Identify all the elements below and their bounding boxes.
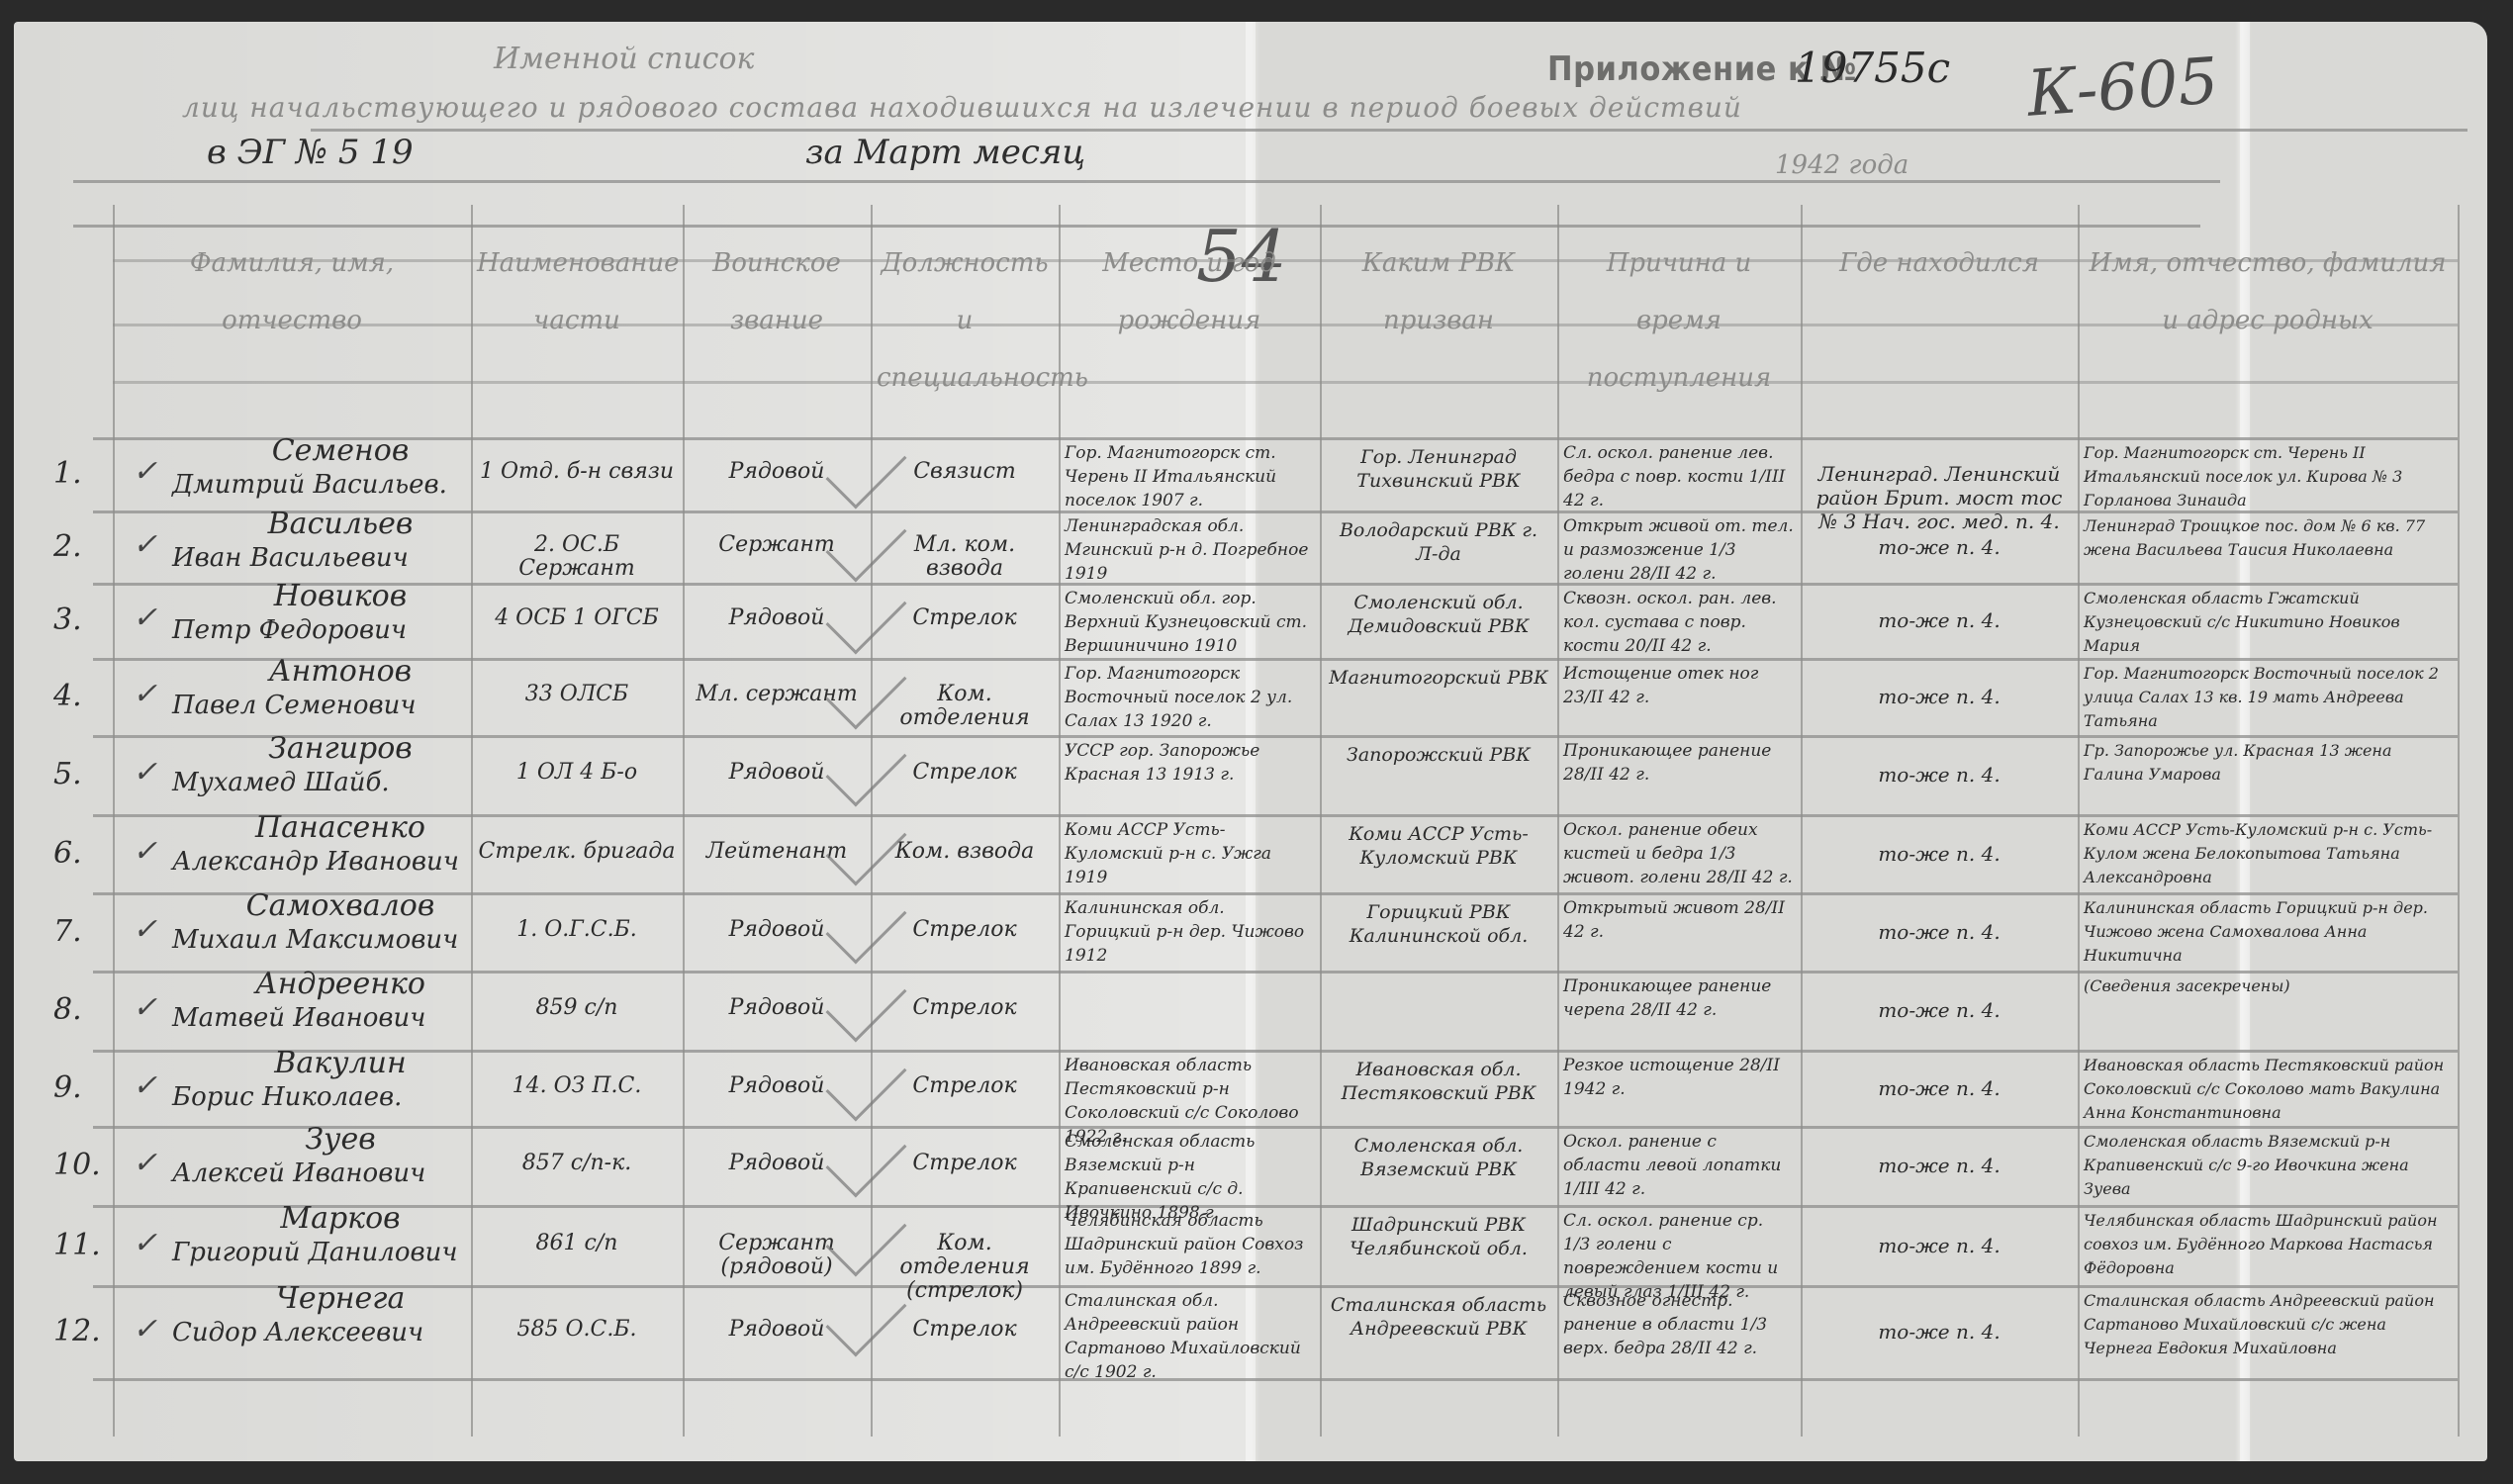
given-name: Борис Николаев. — [172, 1085, 469, 1109]
given-name: Мухамед Шайб. — [172, 771, 469, 794]
month-label: за Март месяц — [805, 133, 1085, 172]
location: то-же п. 4. — [1807, 763, 2072, 787]
position: Стрелок — [875, 996, 1055, 1020]
row-number: 3. — [53, 608, 103, 632]
unit-name: 1 ОЛ 4 Б-о — [475, 761, 679, 785]
table-row: 1.✓СеменовДмитрий Васильев.1 Отд. б-н св… — [14, 437, 2487, 510]
checkmark-icon: ✓ — [133, 840, 162, 864]
draft-office: Шадринский РВК Челябинской обл. — [1326, 1213, 1551, 1260]
table-row: 9.✓ВакулинБорис Николаев.14. ОЗ П.С.Рядо… — [14, 1050, 2487, 1126]
relatives-address: Смоленская область Вяземский р-н Крапиве… — [2084, 1130, 2452, 1201]
ruled-line — [311, 129, 2467, 132]
relatives-address: Ивановская область Пестяковский район Со… — [2084, 1054, 2452, 1125]
checkmark-icon: ✓ — [133, 1232, 162, 1255]
location: то-же п. 4. — [1807, 535, 2072, 559]
draft-office: Запорожский РВК — [1326, 743, 1551, 767]
surname: Самохвалов — [212, 894, 469, 918]
cause-and-date: Открытый живот 28/II 42 г. — [1563, 896, 1795, 944]
location: то-же п. 4. — [1807, 920, 2072, 944]
relatives-address: Сталинская область Андреевский район Сар… — [2084, 1289, 2452, 1360]
surname: Антонов — [212, 660, 469, 684]
checkmark-icon: ✓ — [133, 761, 162, 785]
location: то-же п. 4. — [1807, 1076, 2072, 1100]
given-name: Дмитрий Васильев. — [172, 473, 469, 497]
checkmark-icon: ✓ — [133, 683, 162, 706]
surname: Андреенко — [212, 973, 469, 996]
given-name: Михаил Максимович — [172, 928, 469, 952]
relatives-address: Гр. Запорожье ул. Красная 13 жена Галина… — [2084, 739, 2452, 787]
surname: Чернега — [212, 1287, 469, 1311]
surname: Марков — [212, 1207, 469, 1231]
birthplace: Сталинская обл. Андреевский район Сартан… — [1065, 1289, 1314, 1384]
birthplace: Гор. Магнитогорск Восточный поселок 2 ул… — [1065, 662, 1314, 733]
cause-and-date: Оскол. ранение обеих кистей и бедра 1/3 … — [1563, 818, 1795, 889]
document-subtitle: лиц начальствующего и рядового состава н… — [182, 91, 2062, 124]
table-row: 12.✓ЧернегаСидор Алексеевич585 О.С.Б.Ряд… — [14, 1285, 2487, 1378]
position: Ком. отделения — [875, 683, 1055, 730]
draft-office: Володарский РВК г. Л-да — [1326, 518, 1551, 566]
column-header-where: Где находился — [1807, 234, 2072, 292]
draft-office: Сталинская область Андреевский РВК — [1326, 1293, 1551, 1341]
table-row: 2.✓ВасильевИван Васильевич2. ОС.Б Сержан… — [14, 510, 2487, 583]
unit-name: Стрелк. бригада — [475, 840, 679, 864]
checkmark-icon: ✓ — [133, 1152, 162, 1175]
ruled-line — [73, 225, 2200, 228]
given-name: Алексей Иванович — [172, 1161, 469, 1185]
position: Стрелок — [875, 1074, 1055, 1098]
row-number: 10. — [53, 1154, 103, 1177]
table-row: 3.✓НовиковПетр Федорович4 ОСБ 1 ОГСБРядо… — [14, 583, 2487, 658]
draft-office: Магнитогорский РВК — [1326, 666, 1551, 690]
column-header-name: Фамилия, имя, отчество — [119, 234, 465, 349]
row-number: 6. — [53, 842, 103, 866]
draft-office: Ивановская обл. Пестяковский РВК — [1326, 1058, 1551, 1105]
document-title: Именной список — [494, 42, 754, 76]
relatives-address: Челябинская область Шадринский район сов… — [2084, 1209, 2452, 1280]
row-number: 5. — [53, 763, 103, 787]
position: Мл. ком. взвода — [875, 533, 1055, 581]
document-sheet: Приложение к № 19755с К-605 Именной спис… — [14, 22, 2487, 1461]
given-name: Сидор Алексеевич — [172, 1321, 469, 1345]
given-name: Иван Васильевич — [172, 546, 469, 570]
cause-and-date: Открыт живой от. тел. и размозжение 1/3 … — [1563, 514, 1795, 586]
table-row: 11.✓МарковГригорий Данилович861 с/пСержа… — [14, 1205, 2487, 1285]
relatives-address: Смоленская область Гжатский Кузнецовский… — [2084, 587, 2452, 658]
unit-name: 33 ОЛСБ — [475, 683, 679, 706]
checkmark-icon: ✓ — [133, 460, 162, 484]
birthplace: Челябинская область Шадринский район Сов… — [1065, 1209, 1314, 1280]
birthplace: Коми АССР Усть-Куломский р-н с. Ужга 191… — [1065, 818, 1314, 889]
position: Ком. взвода — [875, 840, 1055, 864]
location: то-же п. 4. — [1807, 685, 2072, 708]
position: Стрелок — [875, 918, 1055, 942]
table-row: 4.✓АнтоновПавел Семенович33 ОЛСБМл. серж… — [14, 658, 2487, 735]
relatives-address: Гор. Магнитогорск ст. Черень II Итальянс… — [2084, 441, 2452, 512]
unit-name: 1. О.Г.С.Б. — [475, 918, 679, 942]
row-number: 4. — [53, 685, 103, 708]
column-header-draft: Каким РВК призван — [1326, 234, 1551, 349]
checkmark-icon: ✓ — [133, 1074, 162, 1098]
given-name: Петр Федорович — [172, 618, 469, 642]
given-name: Павел Семенович — [172, 694, 469, 717]
given-name: Александр Иванович — [172, 850, 469, 874]
row-number: 1. — [53, 462, 103, 486]
location: то-же п. 4. — [1807, 608, 2072, 632]
given-name: Григорий Данилович — [172, 1241, 469, 1264]
appendix-number: 19755с — [1795, 44, 1950, 92]
cause-and-date: Сл. оскол. ранение лев. бедра с повр. ко… — [1563, 441, 1795, 512]
draft-office: Гор. Ленинград Тихвинский РВК — [1326, 445, 1551, 493]
unit-name: 14. ОЗ П.С. — [475, 1074, 679, 1098]
table-row: 5.✓ЗангировМухамед Шайб.1 ОЛ 4 Б-оРядово… — [14, 735, 2487, 814]
relatives-address: Гор. Магнитогорск Восточный поселок 2 ул… — [2084, 662, 2452, 733]
position: Стрелок — [875, 761, 1055, 785]
relatives-address: Коми АССР Усть-Куломский р-н с. Усть-Кул… — [2084, 818, 2452, 889]
draft-office: Смоленский обл. Демидовский РВК — [1326, 591, 1551, 638]
row-number: 9. — [53, 1076, 103, 1100]
column-header-position: Должность и специальность — [877, 234, 1053, 407]
checkmark-icon: ✓ — [133, 918, 162, 942]
surname: Зангиров — [212, 737, 469, 761]
draft-office: Горицкий РВК Калининской обл. — [1326, 900, 1551, 948]
hospital-label: в ЭГ № 5 19 — [207, 133, 414, 172]
location: то-же п. 4. — [1807, 998, 2072, 1022]
cause-and-date: Резкое истощение 28/II 1942 г. — [1563, 1054, 1795, 1101]
cause-and-date: Проникающее ранение черепа 28/II 42 г. — [1563, 974, 1795, 1022]
birthplace: УССР гор. Запорожье Красная 13 1913 г. — [1065, 739, 1314, 787]
row-number: 11. — [53, 1234, 103, 1257]
table-row: 6.✓ПанасенкоАлександр ИвановичСтрелк. бр… — [14, 814, 2487, 892]
cause-and-date: Сквозн. оскол. ран. лев. кол. сустава с … — [1563, 587, 1795, 658]
relatives-address: Ленинград Троицкое пос. дом № 6 кв. 77 ж… — [2084, 514, 2452, 562]
position: Стрелок — [875, 606, 1055, 630]
unit-name: 859 с/п — [475, 996, 679, 1020]
birthplace: Гор. Магнитогорск ст. Черень II Итальянс… — [1065, 441, 1314, 512]
row-number: 7. — [53, 920, 103, 944]
position: Стрелок — [875, 1152, 1055, 1175]
column-header-birth: Место и год рождения — [1065, 234, 1314, 349]
cause-and-date: Оскол. ранение с области левой лопатки 1… — [1563, 1130, 1795, 1201]
surname: Новиков — [212, 585, 469, 608]
birthplace: Смоленский обл. гор. Верхний Кузнецовски… — [1065, 587, 1314, 658]
position: Связист — [875, 460, 1055, 484]
unit-name: 4 ОСБ 1 ОГСБ — [475, 606, 679, 630]
surname: Семенов — [212, 439, 469, 463]
relatives-address: Калининская область Горицкий р-н дер. Чи… — [2084, 896, 2452, 968]
unit-name: 861 с/п — [475, 1232, 679, 1255]
column-header-cause: Причина и время поступления — [1563, 234, 1795, 407]
ruled-line — [113, 381, 2458, 384]
row-number: 2. — [53, 535, 103, 559]
location: то-же п. 4. — [1807, 1234, 2072, 1257]
cause-and-date: Проникающее ранение 28/II 42 г. — [1563, 739, 1795, 787]
surname: Зуев — [212, 1128, 469, 1152]
unit-name: 1 Отд. б-н связи — [475, 460, 679, 484]
year-label: 1942 года — [1775, 150, 1908, 180]
column-header-relatives: Имя, отчество, фамилия и адрес родных — [2084, 234, 2452, 349]
ruled-line — [73, 180, 2220, 183]
checkmark-icon: ✓ — [133, 1318, 162, 1342]
checkmark-icon: ✓ — [133, 533, 162, 557]
unit-name: 585 О.С.Б. — [475, 1318, 679, 1342]
cause-and-date: Истощение отек ног 23/II 42 г. — [1563, 662, 1795, 709]
unit-name: 857 с/п-к. — [475, 1152, 679, 1175]
birthplace: Калининская обл. Горицкий р-н дер. Чижов… — [1065, 896, 1314, 968]
given-name: Матвей Иванович — [172, 1006, 469, 1030]
draft-office: Коми АССР Усть-Куломский РВК — [1326, 822, 1551, 870]
cause-and-date: Сквозное огнестр. ранение в области 1/3 … — [1563, 1289, 1795, 1360]
table-row: 10.✓ЗуевАлексей Иванович857 с/п-к.Рядово… — [14, 1126, 2487, 1205]
checkmark-icon: ✓ — [133, 606, 162, 630]
draft-office: Смоленская обл. Вяземский РВК — [1326, 1134, 1551, 1181]
column-header-rank: Воинское звание — [689, 234, 865, 349]
location: то-же п. 4. — [1807, 1154, 2072, 1177]
relatives-address: (Сведения засекречены) — [2084, 974, 2452, 998]
surname: Панасенко — [212, 816, 469, 840]
surname: Васильев — [212, 512, 469, 536]
position: Стрелок — [875, 1318, 1055, 1342]
surname: Вакулин — [212, 1052, 469, 1075]
location: то-же п. 4. — [1807, 1320, 2072, 1344]
row-number: 12. — [53, 1320, 103, 1344]
column-header-unit: Наименование части — [477, 234, 677, 349]
table-row: 8.✓АндреенкоМатвей Иванович859 с/пРядово… — [14, 971, 2487, 1050]
unit-name: 2. ОС.Б Сержант — [475, 533, 679, 581]
birthplace: Ленинградская обл. Мгинский р-н д. Погре… — [1065, 514, 1314, 586]
checkmark-icon: ✓ — [133, 996, 162, 1020]
location: то-же п. 4. — [1807, 842, 2072, 866]
row-number: 8. — [53, 998, 103, 1022]
table-row: 7.✓СамохваловМихаил Максимович1. О.Г.С.Б… — [14, 892, 2487, 971]
